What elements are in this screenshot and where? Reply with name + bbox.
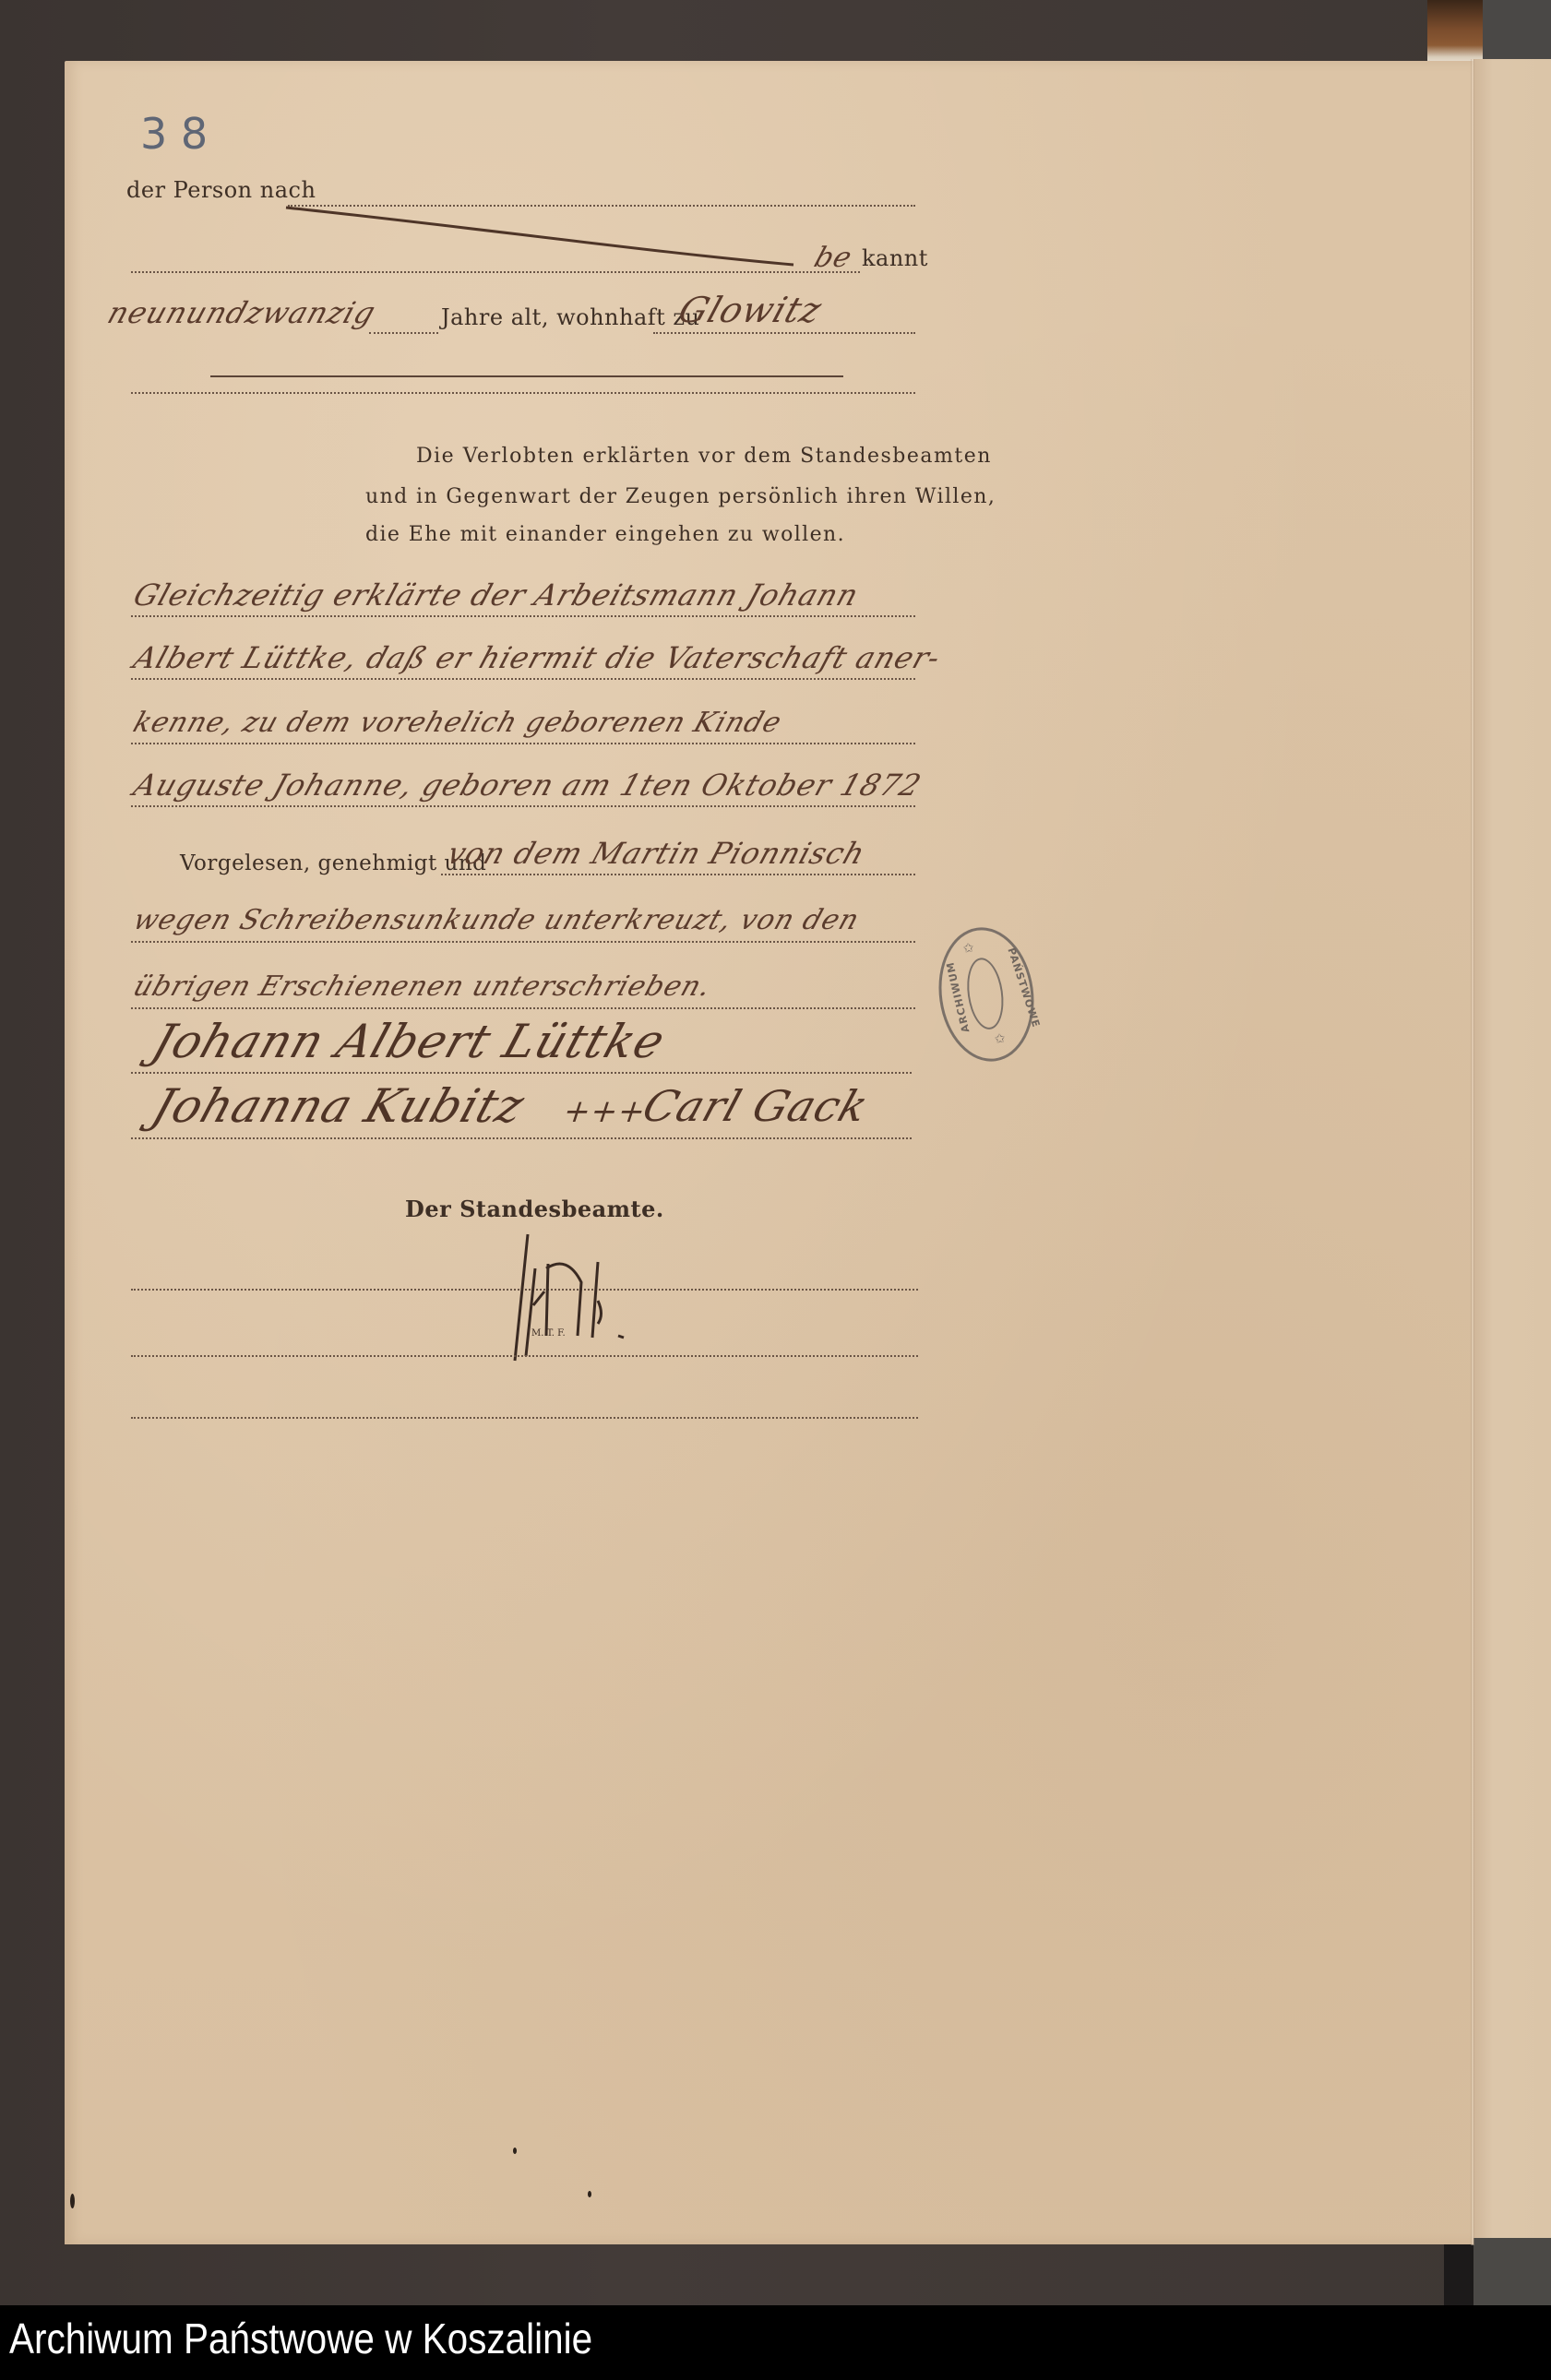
- dotted-line: [653, 332, 915, 334]
- paper-speck: [513, 2148, 517, 2154]
- dotted-line: [131, 1137, 912, 1139]
- signature-witness: Carl Gack: [637, 1081, 875, 1131]
- scan-background-right-top: [1483, 0, 1551, 61]
- book-binding-edge: [1427, 0, 1483, 65]
- adjacent-page-strip: [1473, 59, 1551, 2238]
- solid-rule: [210, 375, 843, 377]
- dotted-line: [131, 743, 915, 744]
- page-gap-shadow: [1444, 2242, 1473, 2306]
- dotted-line: [441, 874, 915, 875]
- declaration-line-1: Die Verlobten erklärten vor dem Standesb…: [416, 445, 992, 468]
- handwritten-residence: Glowitz: [674, 290, 828, 330]
- dotted-line: [131, 678, 915, 680]
- handwritten-entry-line-4: Auguste Johanne, geboren am 1ten Oktober…: [129, 768, 926, 803]
- dotted-line: [369, 332, 438, 334]
- dotted-line: [131, 1072, 912, 1074]
- document-page: [65, 61, 1473, 2244]
- strike-through-stroke: [277, 198, 812, 272]
- dotted-line: [131, 615, 915, 617]
- handwritten-read-line-3: übrigen Erschienenen unterschrieben.: [129, 970, 716, 1003]
- age-residence-label: Jahre alt, wohnhaft zu: [441, 304, 700, 330]
- dotted-line: [131, 1355, 918, 1357]
- archive-name-caption: Archiwum Państwowe w Koszalinie: [9, 2314, 592, 2363]
- page-fold: [1471, 59, 1474, 2245]
- declaration-line-2: und in Gegenwart der Zeugen persönlich i…: [365, 485, 996, 508]
- handwritten-entry-line-2: Albert Lüttke, daß er hiermit die Vaters…: [129, 640, 946, 675]
- dotted-line: [131, 805, 915, 807]
- paper-speck: [70, 2194, 75, 2208]
- declaration-line-3: die Ehe mit einander eingehen zu wollen.: [365, 523, 845, 546]
- svg-text:M. T. F.: M. T. F.: [531, 1328, 566, 1339]
- pencil-page-number: 3 8: [140, 109, 208, 159]
- registrar-label: Der Standesbeamte.: [405, 1196, 664, 1222]
- scan-background-right-bottom: [1473, 2236, 1551, 2306]
- dotted-line: [131, 271, 860, 273]
- handwritten-read-line-2: wegen Schreibensunkunde unterkreuzt, von…: [129, 904, 864, 936]
- signature-groom: Johann Albert Lüttke: [146, 1015, 672, 1068]
- registrar-signature: M. T. F.: [489, 1227, 655, 1365]
- signature-mother: Johanna Kubitz: [146, 1079, 531, 1133]
- star-icon: ✩: [994, 1031, 1007, 1047]
- read-approved-label: Vorgelesen, genehmigt und: [180, 851, 486, 875]
- star-icon: ✩: [962, 940, 975, 956]
- paper-speck: [588, 2191, 591, 2197]
- handwritten-read-line-1: von dem Martin Pionnisch: [443, 836, 870, 871]
- dotted-line: [131, 941, 915, 943]
- handwritten-entry-line-3: kenne, zu dem vorehelich geborenen Kinde: [129, 707, 786, 739]
- handwritten-age: neunundzwanzig: [103, 295, 380, 330]
- dotted-line: [131, 1417, 918, 1419]
- known-label: kannt: [862, 245, 928, 271]
- dotted-line: [131, 1007, 915, 1009]
- handwritten-entry-line-1: Gleichzeitig erklärte der Arbeitsmann Jo…: [129, 577, 864, 613]
- dotted-line: [131, 392, 915, 394]
